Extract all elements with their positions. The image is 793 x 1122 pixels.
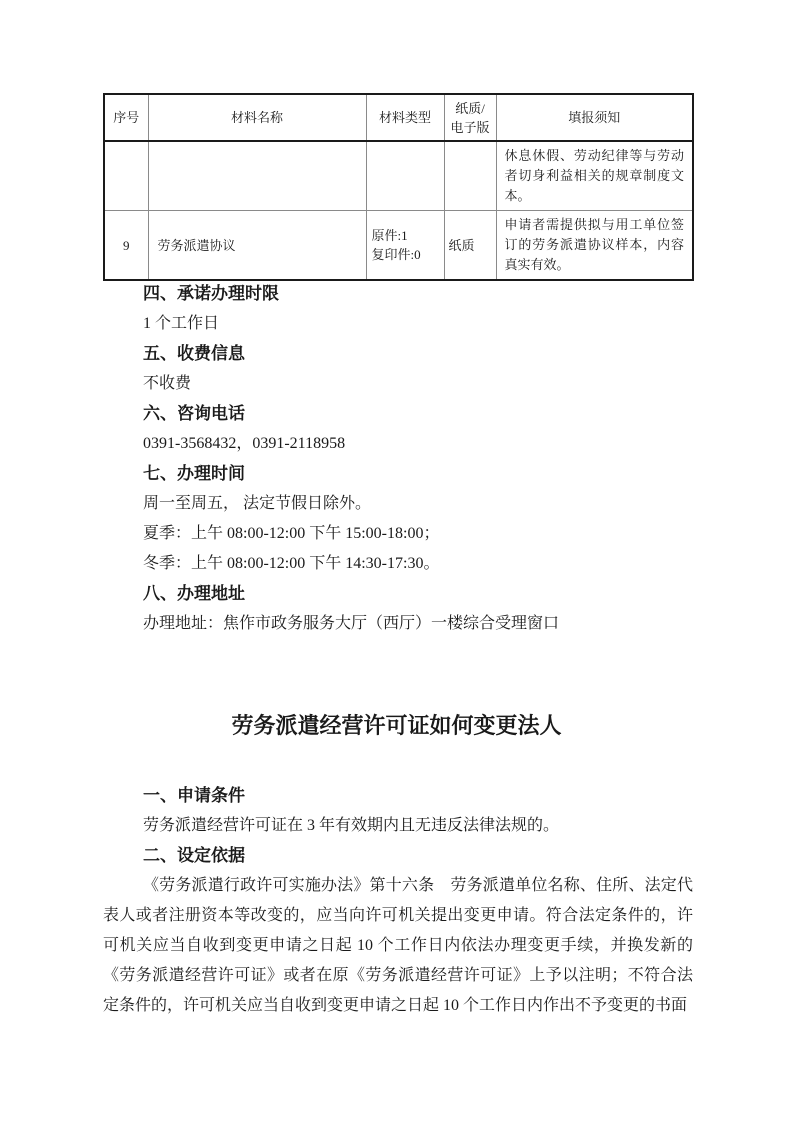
section-heading-address: 八、办理地址 [103,579,693,609]
section-text-address: 办理地址：焦作市政务服务大厅（西厅）一楼综合受理窗口 [103,609,693,639]
document-page: 序号 材料名称 材料类型 纸质/ 电子版 填报须知 休息休假、劳动纪律等与劳动者… [0,0,793,1122]
section-text-winter-hours: 冬季：上午 08:00-12:00 下午 14:30-17:30。 [103,549,693,579]
section-heading-fees: 五、收费信息 [103,339,693,369]
section-heading-legal-basis: 二、设定依据 [103,841,693,871]
section-text-summer-hours: 夏季：上午 08:00-12:00 下午 15:00-18:00； [103,519,693,549]
section-text-phone-numbers: 0391-3568432，0391-2118958 [103,429,693,459]
cell-material-name: 劳务派遣协议 [148,211,366,281]
section-text: 1 个工作日 [103,309,693,339]
cell-notes: 申请者需提供拟与用工单位签订的劳务派遣协议样本，内容真实有效。 [496,211,693,281]
cell-seq [104,141,148,211]
cell-material-type: 原件:1 复印件:0 [366,211,444,281]
col-header-notes: 填报须知 [496,94,693,141]
section-text: 周一至周五， 法定节假日除外。 [103,489,693,519]
section-text: 不收费 [103,369,693,399]
table-header-row: 序号 材料名称 材料类型 纸质/ 电子版 填报须知 [104,94,693,141]
cell-notes: 休息休假、劳动纪律等与劳动者切身利益相关的规章制度文本。 [496,141,693,211]
col-header-medium: 纸质/ 电子版 [444,94,496,141]
cell-material-name [148,141,366,211]
cell-material-type [366,141,444,211]
col-header-seq: 序号 [104,94,148,141]
section-paragraph-legal-basis: 《劳务派遣行政许可实施办法》第十六条 劳务派遣单位名称、住所、法定代表人或者注册… [103,871,693,1021]
article-sections: 一、申请条件 劳务派遣经营许可证在 3 年有效期内且无违反法律法规的。 二、设定… [103,781,693,1021]
section-heading-conditions: 一、申请条件 [103,781,693,811]
info-sections: 四、承诺办理时限 1 个工作日 五、收费信息 不收费 六、咨询电话 0391-3… [103,279,693,639]
cell-medium [444,141,496,211]
article-title: 劳务派遣经营许可证如何变更法人 [0,711,793,741]
col-header-material-name: 材料名称 [148,94,366,141]
section-heading-deadline: 四、承诺办理时限 [103,279,693,309]
cell-medium: 纸质 [444,211,496,281]
cell-seq: 9 [104,211,148,281]
materials-table: 序号 材料名称 材料类型 纸质/ 电子版 填报须知 休息休假、劳动纪律等与劳动者… [103,93,694,281]
section-heading-phone: 六、咨询电话 [103,399,693,429]
table-row: 休息休假、劳动纪律等与劳动者切身利益相关的规章制度文本。 [104,141,693,211]
table-row: 9 劳务派遣协议 原件:1 复印件:0 纸质 申请者需提供拟与用工单位签订的劳务… [104,211,693,281]
section-heading-hours: 七、办理时间 [103,459,693,489]
section-text-conditions: 劳务派遣经营许可证在 3 年有效期内且无违反法律法规的。 [103,811,693,841]
col-header-material-type: 材料类型 [366,94,444,141]
